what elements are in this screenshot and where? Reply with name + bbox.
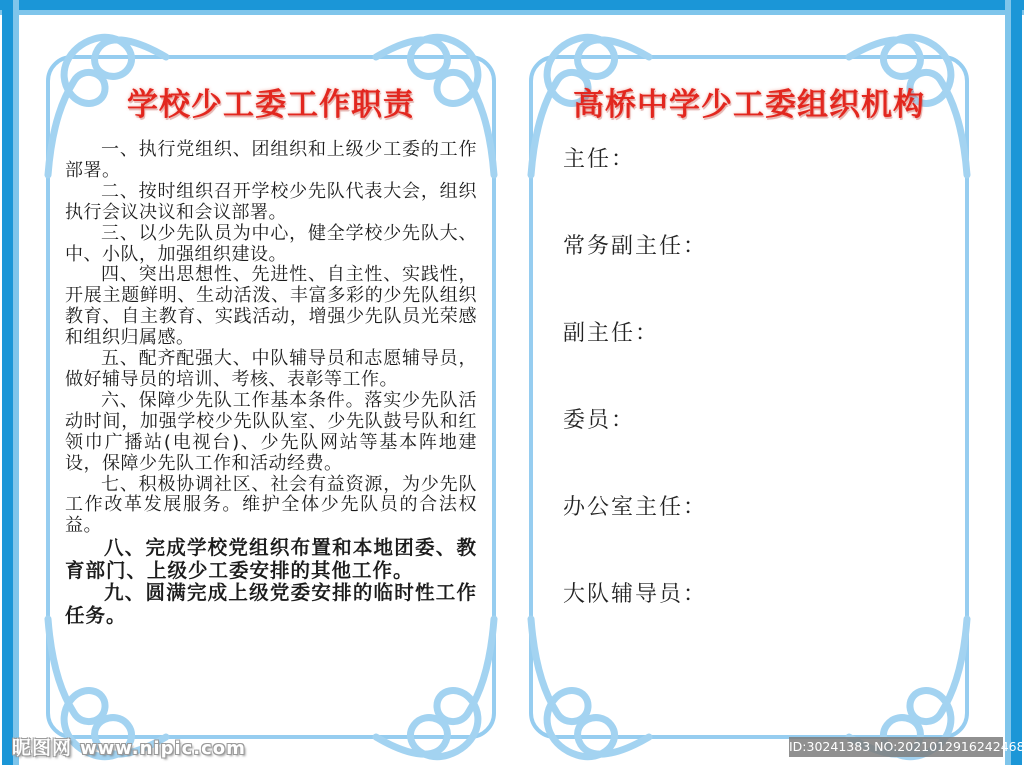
duty-paragraph: 一、执行党组织、团组织和上级少工委的工作部署。 (65, 140, 477, 182)
duties-panel: 学校少工委工作职责 一、执行党组织、团组织和上级少工委的工作部署。二、按时组织召… (48, 57, 494, 737)
duty-paragraph: 二、按时组织召开学校少先队代表大会，组织执行会议决议和会议部署。 (65, 182, 477, 224)
duty-paragraph: 五、配齐配强大、中队辅导员和志愿辅导员，做好辅导员的培训、考核、表彰等工作。 (65, 349, 477, 391)
watermark-site: 昵图网www.nipic.com (10, 733, 246, 760)
duties-panel-title: 学校少工委工作职责 (48, 79, 494, 124)
duty-paragraph: 六、保障少先队工作基本条件。落实少先队活动时间，加强学校少先队队室、少先队鼓号队… (65, 391, 477, 475)
organization-field-label: 大队辅导员： (563, 582, 707, 607)
organization-field-label: 委员： (563, 408, 635, 433)
organization-field-label: 办公室主任： (563, 495, 707, 520)
organization-field-row: 主任： (563, 142, 967, 168)
watermark-id-bar: ID:30241383 NO:20210129162424682640 (789, 737, 1003, 757)
watermark-site-url: www.nipic.com (80, 738, 246, 759)
duty-paragraph: 四、突出思想性、先进性、自主性、实践性，开展主题鲜明、生动活泼、丰富多彩的少先队… (65, 265, 477, 349)
organization-field-label: 主任： (563, 147, 635, 172)
duty-paragraph: 七、积极协调社区、社会有益资源，为少先队工作改革发展服务。维护全体少先队员的合法… (65, 475, 477, 538)
organization-field-row: 办公室主任： (563, 490, 967, 516)
organization-panel: 高桥中学少工委组织机构 主任： 常务副主任： 副主任： 委员： 办公室主任： 大… (531, 57, 967, 737)
organization-fields: 主任： 常务副主任： 副主任： 委员： 办公室主任： 大队辅导员： (563, 142, 967, 603)
duty-paragraph: 九、圆满完成上级党委安排的临时性工作任务。 (65, 582, 477, 627)
organization-field-row: 委员： (563, 403, 967, 429)
poster-background: 学校少工委工作职责 一、执行党组织、团组织和上级少工委的工作部署。二、按时组织召… (0, 0, 1024, 765)
watermark-site-logo: 昵图网 (10, 733, 74, 760)
duty-paragraph: 八、完成学校党组织布置和本地团委、教育部门、上级少工委安排的其他工作。 (65, 537, 477, 582)
organization-field-label: 常务副主任： (563, 234, 707, 259)
duty-paragraph: 三、以少先队员为中心，健全学校少先队大、中、小队，加强组织建设。 (65, 224, 477, 266)
organization-field-row: 大队辅导员： (563, 577, 967, 603)
organization-field-row: 副主任： (563, 316, 967, 342)
organization-field-row: 常务副主任： (563, 229, 967, 255)
organization-panel-title: 高桥中学少工委组织机构 (531, 79, 967, 124)
organization-field-label: 副主任： (563, 321, 659, 346)
duties-text-block: 一、执行党组织、团组织和上级少工委的工作部署。二、按时组织召开学校少先队代表大会… (65, 140, 477, 627)
